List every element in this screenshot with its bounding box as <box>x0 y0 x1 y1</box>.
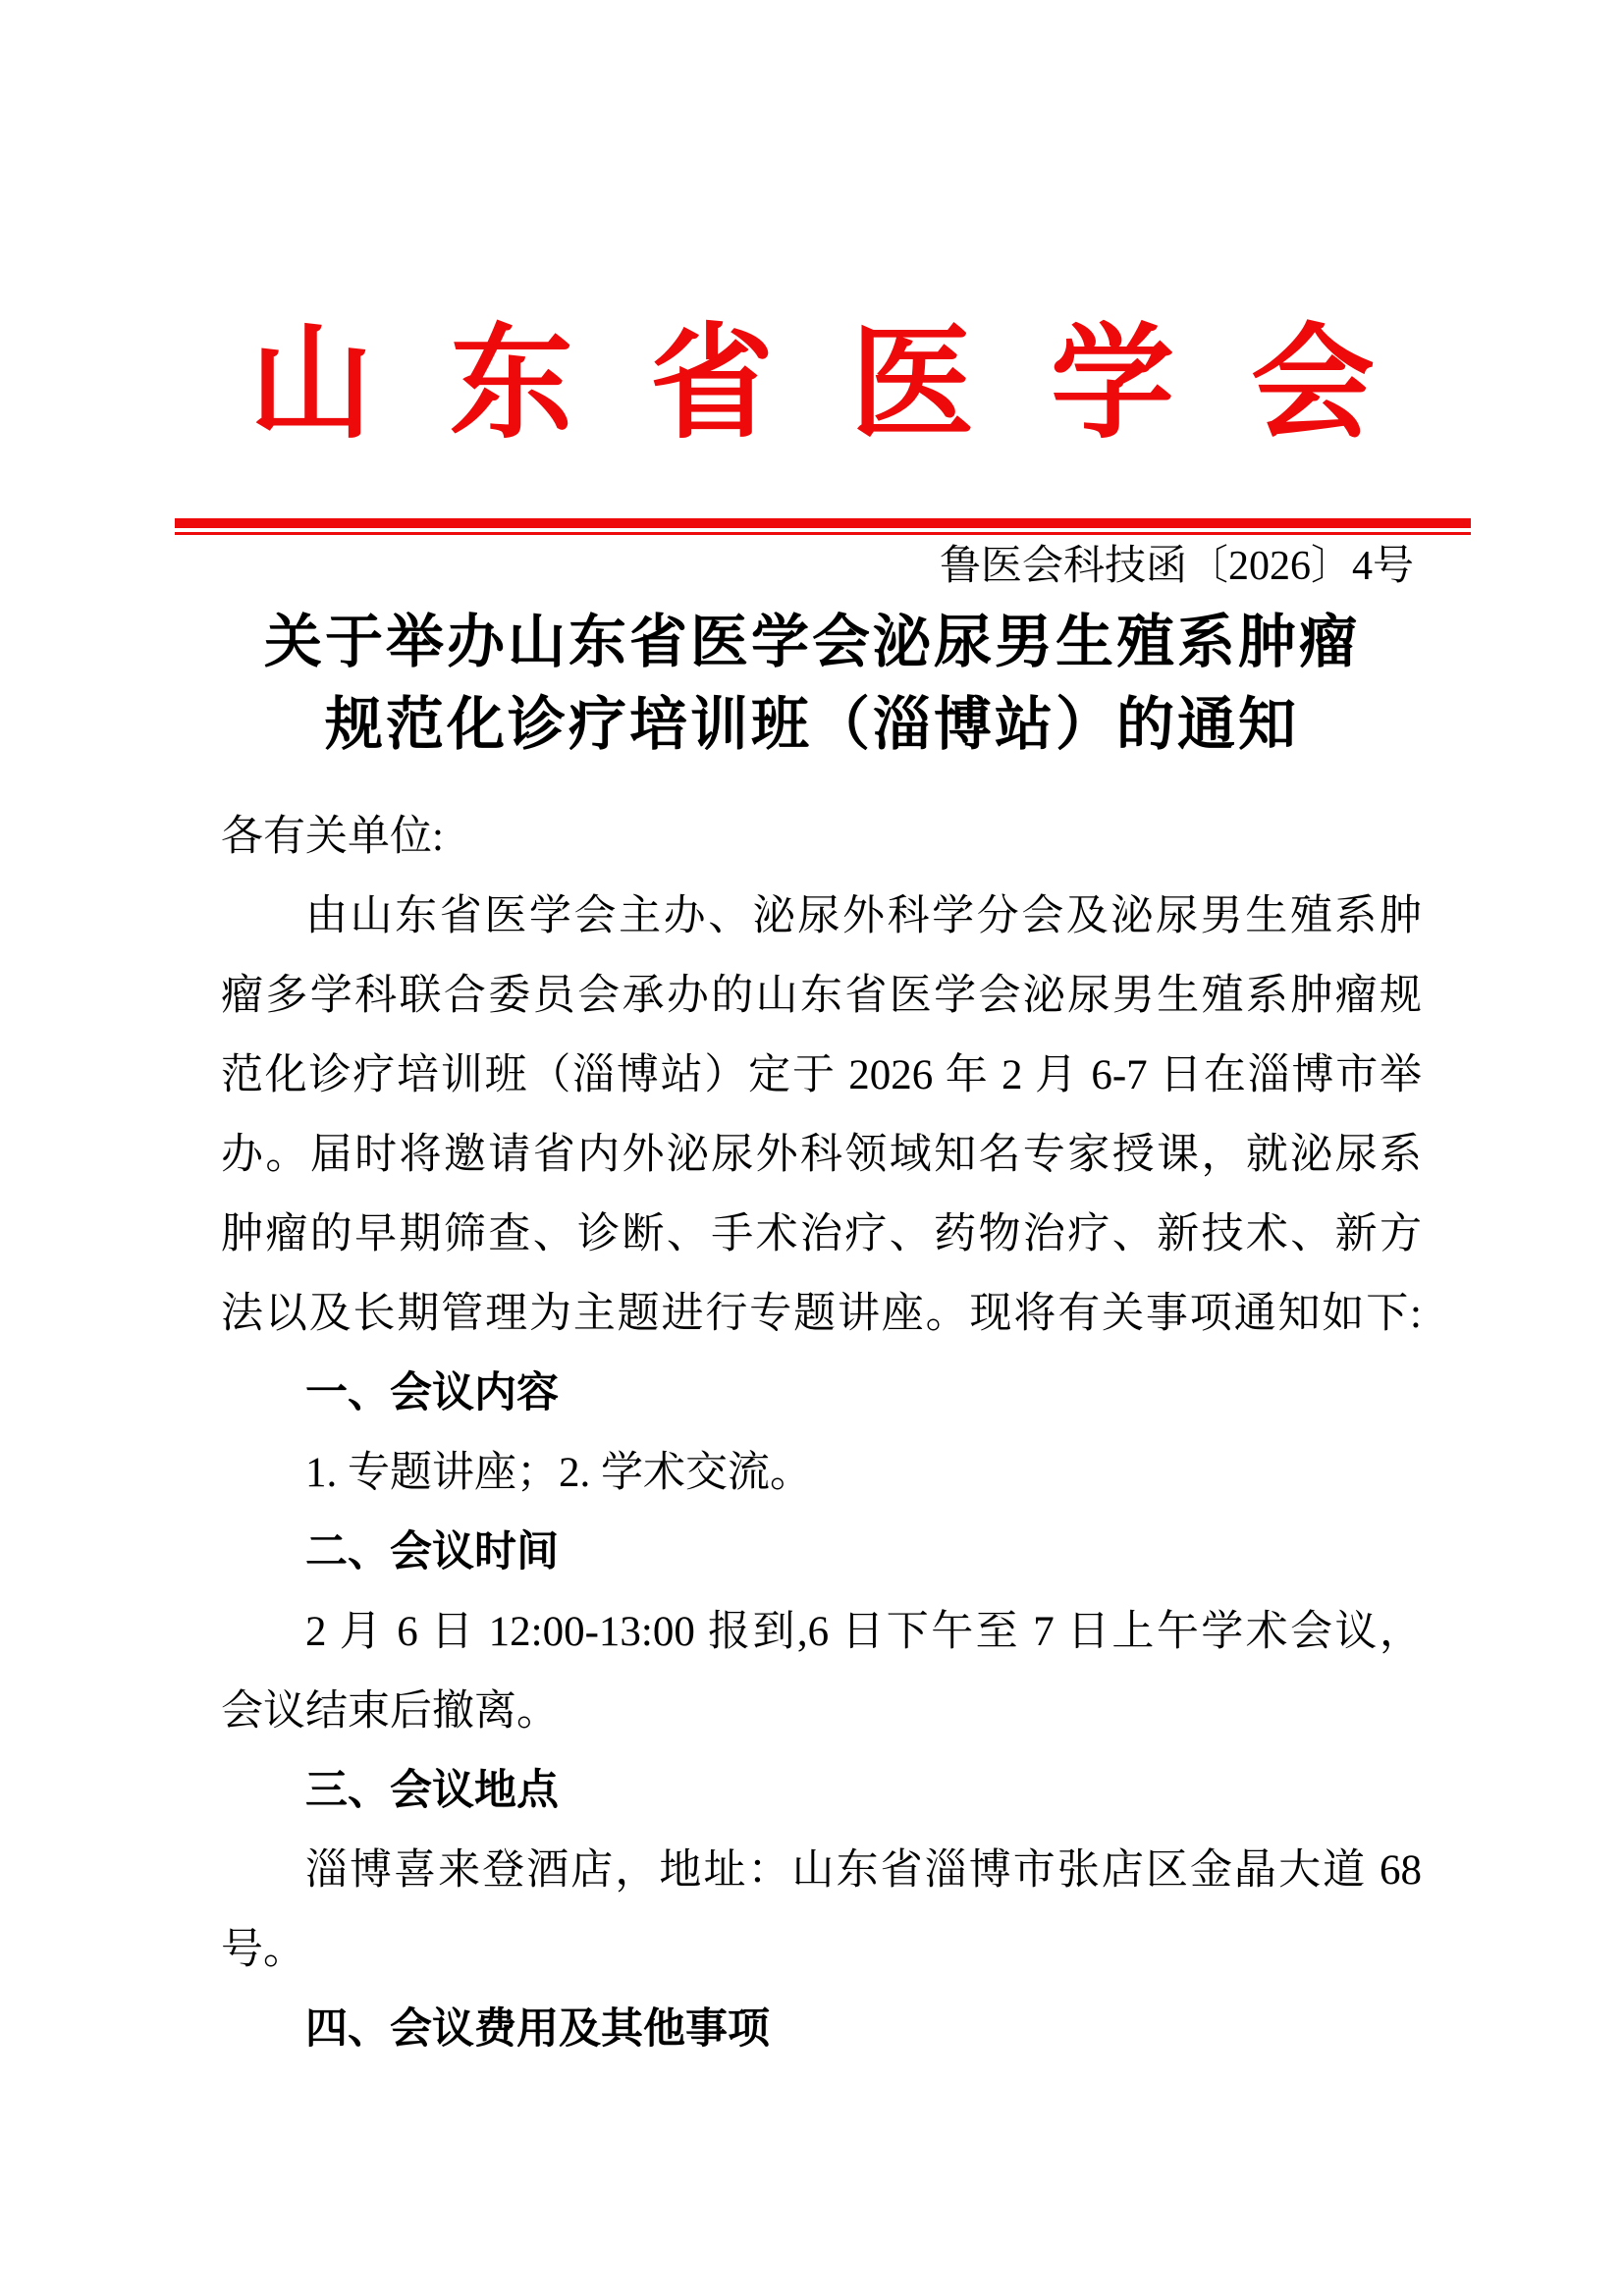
body-line: 会议结束后撤离。 <box>221 1672 1422 1751</box>
body-line: 四、会议费用及其他事项 <box>221 1990 1422 2069</box>
body-line: 瘤多学科联合委员会承办的山东省医学会泌尿男生殖系肿瘤规 <box>221 956 1422 1036</box>
notice-title-line1: 关于举办山东省医学会泌尿男生殖系肿瘤 <box>113 601 1511 683</box>
body-line: 淄博喜来登酒店，地址：山东省淄博市张店区金晶大道 68 <box>221 1831 1422 1910</box>
body-line: 三、会议地点 <box>221 1751 1422 1831</box>
body-line: 二、会议时间 <box>221 1513 1422 1592</box>
body-line: 1. 专题讲座；2. 学术交流。 <box>221 1433 1422 1513</box>
notice-body: 各有关单位:由山东省医学会主办、泌尿外科学分会及泌尿男生殖系肿瘤多学科联合委员会… <box>221 797 1422 2069</box>
body-line: 号。 <box>221 1910 1422 1990</box>
body-line: 范化诊疗培训班（淄博站）定于 2026 年 2 月 6-7 日在淄博市举 <box>221 1036 1422 1115</box>
body-line: 各有关单位: <box>221 797 1422 877</box>
doc-reference-number: 鲁医会科技函〔2026〕4号 <box>221 539 1422 594</box>
letterhead-org-name-text: 山东省医学会 <box>249 317 1451 454</box>
body-line: 肿瘤的早期筛查、诊断、手术治疗、药物治疗、新技术、新方 <box>221 1195 1422 1274</box>
letterhead-rule-thick <box>175 518 1471 528</box>
body-line: 由山东省医学会主办、泌尿外科学分会及泌尿男生殖系肿 <box>221 877 1422 956</box>
body-line: 2 月 6 日 12:00-13:00 报到,6 日下午至 7 日上午学术会议， <box>221 1592 1422 1672</box>
body-line: 法以及长期管理为主题进行专题讲座。现将有关事项通知如下: <box>221 1274 1422 1354</box>
document-page: 山东省医学会 鲁医会科技函〔2026〕4号 关于举办山东省医学会泌尿男生殖系肿瘤… <box>0 0 1624 2296</box>
body-line: 一、会议内容 <box>221 1354 1422 1433</box>
body-line: 办。届时将邀请省内外泌尿外科领域知名专家授课，就泌尿系 <box>221 1115 1422 1195</box>
notice-title-line2: 规范化诊疗培训班（淄博站）的通知 <box>113 683 1511 766</box>
notice-title: 关于举办山东省医学会泌尿男生殖系肿瘤 规范化诊疗培训班（淄博站）的通知 <box>113 601 1511 766</box>
letterhead-org-name: 山东省医学会 <box>0 312 1624 459</box>
letterhead-rule-thin <box>175 532 1471 535</box>
